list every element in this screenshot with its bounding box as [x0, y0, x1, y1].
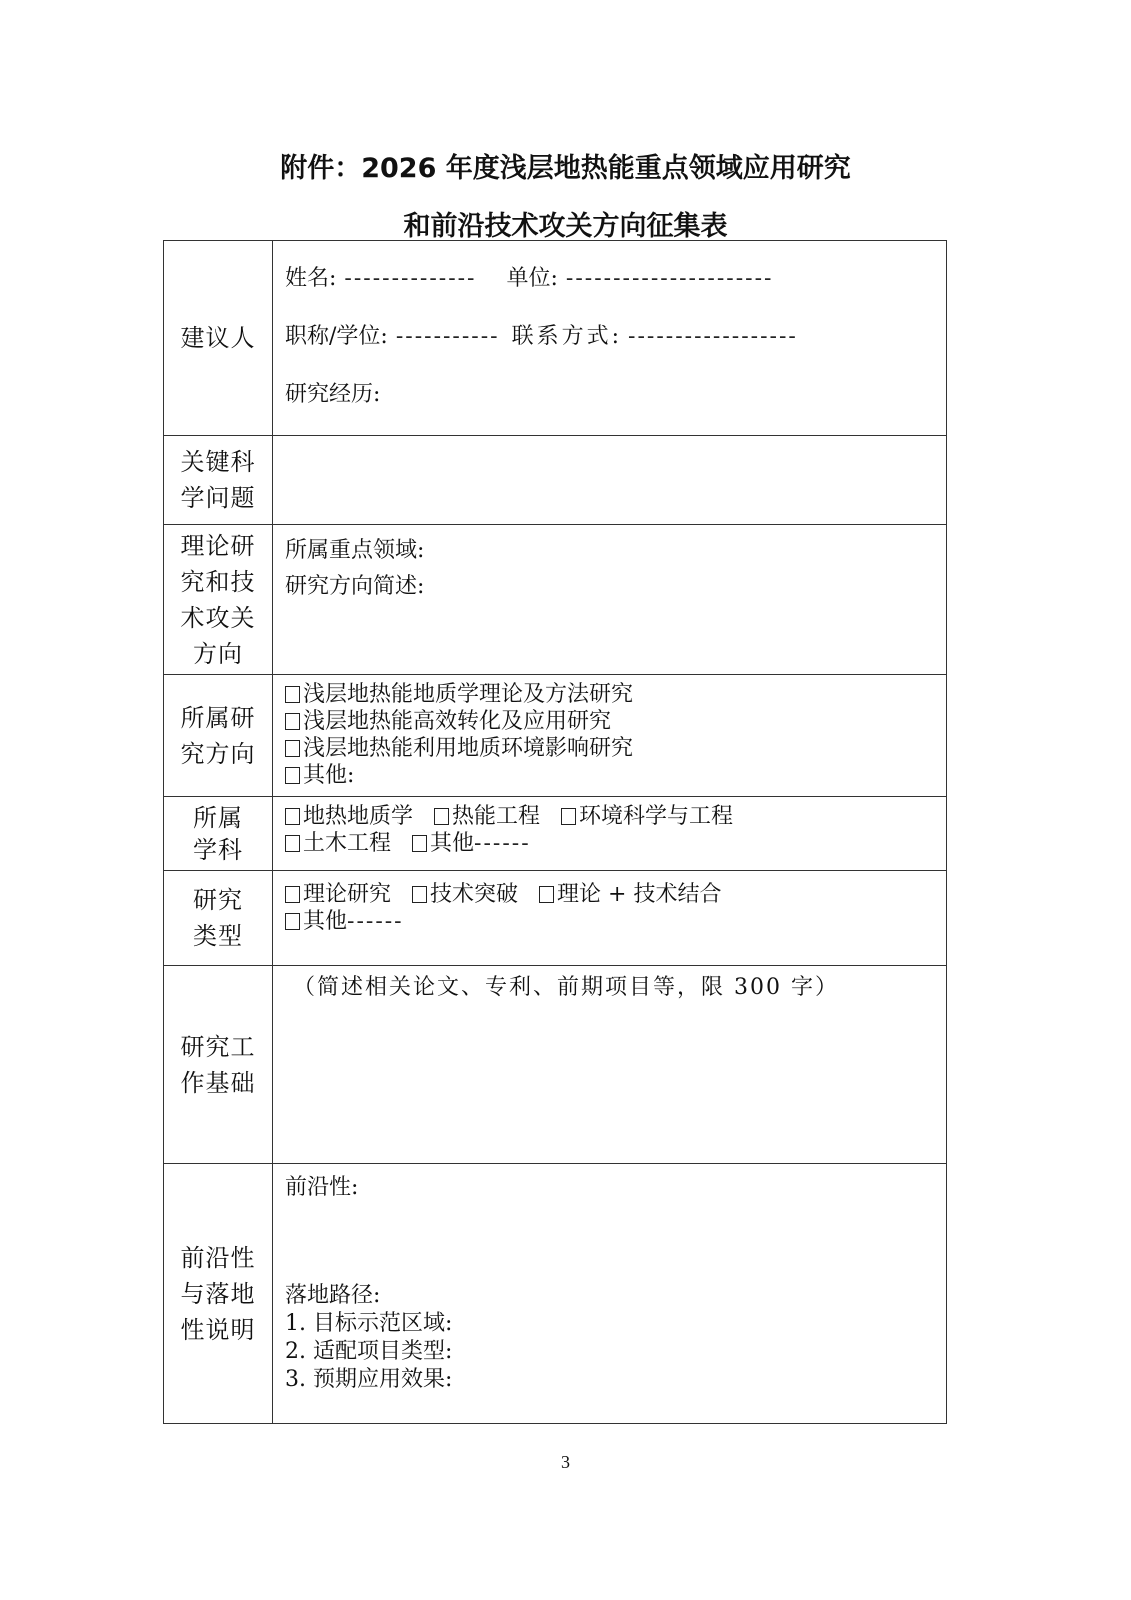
checkbox-icon[interactable]: [285, 686, 300, 703]
direction-label-line4: 方向: [164, 636, 272, 672]
contact-label: 联系方式:: [512, 319, 622, 355]
option-label: 土木工程: [303, 831, 391, 856]
work-basis-label-line1: 研究工: [164, 1029, 272, 1065]
subject-options: 地热地质学 热能工程 环境科学与工程 土木工程 其他------: [273, 797, 947, 871]
research-direction-label-cell: 所属研 究方向: [164, 675, 273, 797]
path-label: 落地路径:: [285, 1282, 946, 1310]
research-type-label-cell: 研究 类型: [164, 871, 273, 966]
option-label: 热能工程: [452, 804, 540, 829]
subject-label-line1: 所属: [164, 802, 272, 834]
work-basis-label-cell: 研究工 作基础: [164, 966, 273, 1164]
subject-option[interactable]: 土木工程: [285, 831, 391, 856]
research-type-option[interactable]: 技术突破: [412, 882, 518, 907]
option-label: 理论 + 技术结合: [557, 882, 721, 907]
direction-label-line3: 术攻关: [164, 600, 272, 636]
name-field[interactable]: --------------: [344, 261, 476, 297]
name-label: 姓名:: [285, 261, 336, 297]
unit-label: 单位:: [507, 261, 558, 297]
row-research-type: 研究 类型 理论研究 技术突破 理论 + 技术结合 其他------: [164, 871, 947, 966]
experience-label[interactable]: 研究经历:: [285, 377, 380, 413]
subject-option[interactable]: 地热地质学: [285, 804, 413, 829]
direction-label-line1: 理论研: [164, 528, 272, 564]
title-degree-label: 职称/学位:: [285, 319, 388, 355]
row-subject: 所属 学科 地热地质学 热能工程 环境科学与工程 土木工程 其他------: [164, 797, 947, 871]
path-item: 3. 预期应用效果:: [285, 1366, 946, 1394]
frontier-content-cell[interactable]: 前沿性: 落地路径: 1. 目标示范区域: 2. 适配项目类型: 3. 预期应用…: [273, 1164, 947, 1424]
work-basis-field[interactable]: （简述相关论文、专利、前期项目等，限 300 字）: [273, 966, 947, 1164]
path-item: 1. 目标示范区域:: [285, 1310, 946, 1338]
name-unit-line: 姓名: -------------- 单位: -----------------…: [285, 261, 946, 319]
research-type-option[interactable]: 理论研究: [285, 882, 391, 907]
checkbox-icon[interactable]: [434, 808, 449, 825]
contact-field[interactable]: ------------------: [628, 319, 798, 355]
title-degree-field[interactable]: -----------: [396, 319, 500, 355]
checkbox-icon[interactable]: [285, 767, 300, 784]
option-label: 浅层地热能地质学理论及方法研究: [303, 682, 633, 707]
research-direction-options: 浅层地热能地质学理论及方法研究 浅层地热能高效转化及应用研究 浅层地热能利用地质…: [273, 675, 947, 797]
row-research-direction: 所属研 究方向 浅层地热能地质学理论及方法研究 浅层地热能高效转化及应用研究 浅…: [164, 675, 947, 797]
research-direction-option[interactable]: 浅层地热能利用地质环境影响研究: [285, 735, 946, 762]
research-type-option[interactable]: 理论 + 技术结合: [539, 882, 721, 907]
option-label: 其他: [303, 909, 347, 934]
frontier-label-line3: 性说明: [164, 1312, 272, 1348]
direction-content-cell[interactable]: 所属重点领域: 研究方向简述:: [273, 525, 947, 675]
proposal-form-table: 建议人 姓名: -------------- 单位: -------------…: [163, 240, 947, 1424]
work-basis-hint: （简述相关论文、专利、前期项目等，限 300 字）: [285, 966, 946, 1002]
proposer-label: 建议人: [164, 320, 272, 356]
key-question-label-cell: 关键科 学问题: [164, 436, 273, 525]
subject-option[interactable]: 环境科学与工程: [561, 804, 733, 829]
research-direction-option[interactable]: 浅层地热能高效转化及应用研究: [285, 708, 946, 735]
page-number: 3: [0, 1452, 1131, 1473]
option-label: 理论研究: [303, 882, 391, 907]
key-question-label-line1: 关键科: [164, 444, 272, 480]
option-label: 浅层地热能利用地质环境影响研究: [303, 736, 633, 761]
title-line-1: 附件：2026 年度浅层地热能重点领域应用研究: [0, 140, 1131, 198]
checkbox-icon[interactable]: [285, 808, 300, 825]
research-type-label-line2: 类型: [164, 918, 272, 954]
proposer-label-cell: 建议人: [164, 241, 273, 436]
direction-label-cell: 理论研 究和技 术攻关 方向: [164, 525, 273, 675]
document-title: 附件：2026 年度浅层地热能重点领域应用研究 和前沿技术攻关方向征集表: [0, 140, 1131, 256]
direction-summary-label: 研究方向简述:: [285, 569, 946, 605]
key-field-label: 所属重点领域:: [285, 533, 946, 569]
row-proposer: 建议人 姓名: -------------- 单位: -------------…: [164, 241, 947, 436]
row-research-direction-desc: 理论研 究和技 术攻关 方向 所属重点领域: 研究方向简述:: [164, 525, 947, 675]
path-item: 2. 适配项目类型:: [285, 1338, 946, 1366]
subject-label-cell: 所属 学科: [164, 797, 273, 871]
option-label: 地热地质学: [303, 804, 413, 829]
checkbox-icon[interactable]: [285, 740, 300, 757]
row-frontier: 前沿性 与落地 性说明 前沿性: 落地路径: 1. 目标示范区域: 2. 适配项…: [164, 1164, 947, 1424]
checkbox-icon[interactable]: [412, 886, 427, 903]
research-type-label-line1: 研究: [164, 882, 272, 918]
subject-option[interactable]: 热能工程: [434, 804, 540, 829]
frontier-label: 前沿性:: [285, 1174, 946, 1202]
key-question-label-line2: 学问题: [164, 480, 272, 516]
frontier-label-line2: 与落地: [164, 1276, 272, 1312]
frontier-label-line1: 前沿性: [164, 1240, 272, 1276]
checkbox-icon[interactable]: [561, 808, 576, 825]
title-contact-line: 职称/学位: ----------- 联系方式: ---------------…: [285, 319, 946, 377]
checkbox-icon[interactable]: [285, 886, 300, 903]
other-subject-field[interactable]: ------: [474, 831, 531, 856]
key-question-field[interactable]: [273, 436, 947, 525]
research-direction-option[interactable]: 其他:: [285, 762, 946, 789]
checkbox-icon[interactable]: [412, 835, 427, 852]
research-direction-option[interactable]: 浅层地热能地质学理论及方法研究: [285, 681, 946, 708]
option-label: 其他: [430, 831, 474, 856]
checkbox-icon[interactable]: [285, 835, 300, 852]
subject-label-line2: 学科: [164, 834, 272, 866]
research-direction-label-line2: 究方向: [164, 736, 272, 772]
option-label: 其他:: [303, 763, 354, 788]
research-direction-label-line1: 所属研: [164, 700, 272, 736]
work-basis-label-line2: 作基础: [164, 1065, 272, 1101]
checkbox-icon[interactable]: [285, 913, 300, 930]
option-label: 浅层地热能高效转化及应用研究: [303, 709, 611, 734]
checkbox-icon[interactable]: [539, 886, 554, 903]
experience-line: 研究经历:: [285, 377, 946, 435]
subject-option-other[interactable]: 其他------: [412, 831, 531, 856]
checkbox-icon[interactable]: [285, 713, 300, 730]
unit-field[interactable]: ----------------------: [566, 261, 774, 297]
direction-label-line2: 究和技: [164, 564, 272, 600]
option-label: 环境科学与工程: [579, 804, 733, 829]
frontier-label-cell: 前沿性 与落地 性说明: [164, 1164, 273, 1424]
research-type-options: 理论研究 技术突破 理论 + 技术结合 其他------: [273, 871, 947, 966]
row-work-basis: 研究工 作基础 （简述相关论文、专利、前期项目等，限 300 字）: [164, 966, 947, 1164]
other-type-field[interactable]: ------: [347, 909, 404, 934]
row-key-question: 关键科 学问题: [164, 436, 947, 525]
option-label: 技术突破: [430, 882, 518, 907]
proposer-content-cell: 姓名: -------------- 单位: -----------------…: [273, 241, 947, 436]
research-type-option-other[interactable]: 其他------: [285, 909, 404, 934]
